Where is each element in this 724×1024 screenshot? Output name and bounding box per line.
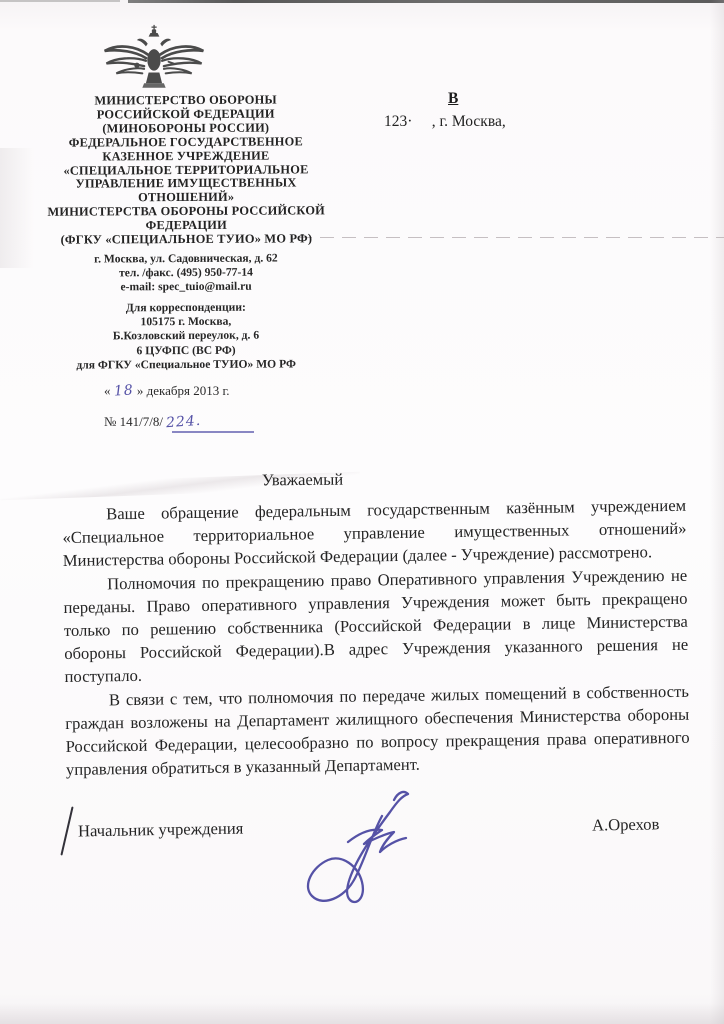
number-prefix: № 141/7/8/ [104,414,163,429]
scan-right-shade [710,0,724,1024]
date-rest: » декабря 2013 г. [137,383,230,398]
correspondence-line: для ФГКУ «Специальное ТУИО» МО РФ [38,357,334,373]
salutation: Уважаемый [262,470,343,491]
date-open-quote: « [104,383,111,398]
scanned-letter-page: МИНИСТЕРСТВО ОБОРОНЫ РОССИЙСКОЙ ФЕДЕРАЦИ… [0,0,724,1024]
address-line: г. Москва, ул. Садовническая, д. 62 [38,251,334,267]
scan-bottom-shade [0,998,724,1024]
org-line: (ФГКУ «СПЕЦИАЛЬНОЕ ТУИО» МО РФ) [38,232,334,247]
letterhead-org-name: МИНИСТЕРСТВО ОБОРОНЫ РОССИЙСКОЙ ФЕДЕРАЦИ… [38,93,335,248]
scan-edge-line-left [0,0,120,2]
scan-edge-line [128,0,724,3]
correspondence-line: Б.Козловский переулок, д. 6 [38,329,334,345]
address-line: e-mail: spec_tuio@mail.ru [38,280,334,296]
correspondence-line: 6 ЦУФПС (ВС РФ) [38,343,334,359]
correspondence-line: 105175 г. Москва, [38,314,334,330]
handwritten-signature-icon [298,778,438,918]
recipient-to-label: В [448,90,458,108]
scan-scratch-line [298,237,724,238]
number-handwritten: 224. [166,413,202,431]
body-paragraph: Ваше обращение федеральным государственн… [62,494,687,573]
letterhead-address: г. Москва, ул. Садовническая, д. 62 тел.… [38,251,334,295]
ministry-of-defense-eagle-icon [94,24,214,94]
signatory-name: А.Орехов [592,814,660,835]
recipient-address: 123· , г. Москва, [384,113,506,131]
body-paragraph: Полномочия по прекращению право Оператив… [63,563,689,688]
signatory-title: Начальник учреждения [78,819,244,842]
date-day-handwritten: 18 [113,382,134,399]
letter-date: « 18 » декабря 2013 г. [104,383,230,399]
pen-mark-slash [60,806,73,855]
number-ink-underline [172,431,254,433]
letter-body: Ваше обращение федеральным государственн… [62,494,690,782]
letterhead-correspondence-address: Для корреспонденции: 105175 г. Москва, Б… [38,300,334,373]
correspondence-line: Для корреспонденции: [38,300,334,316]
address-line: тел. /факс. (495) 950-77-14 [38,265,334,281]
letter-number: № 141/7/8/ 224. [104,414,201,430]
body-paragraph: В связи с тем, что полномочия по передач… [65,679,690,781]
